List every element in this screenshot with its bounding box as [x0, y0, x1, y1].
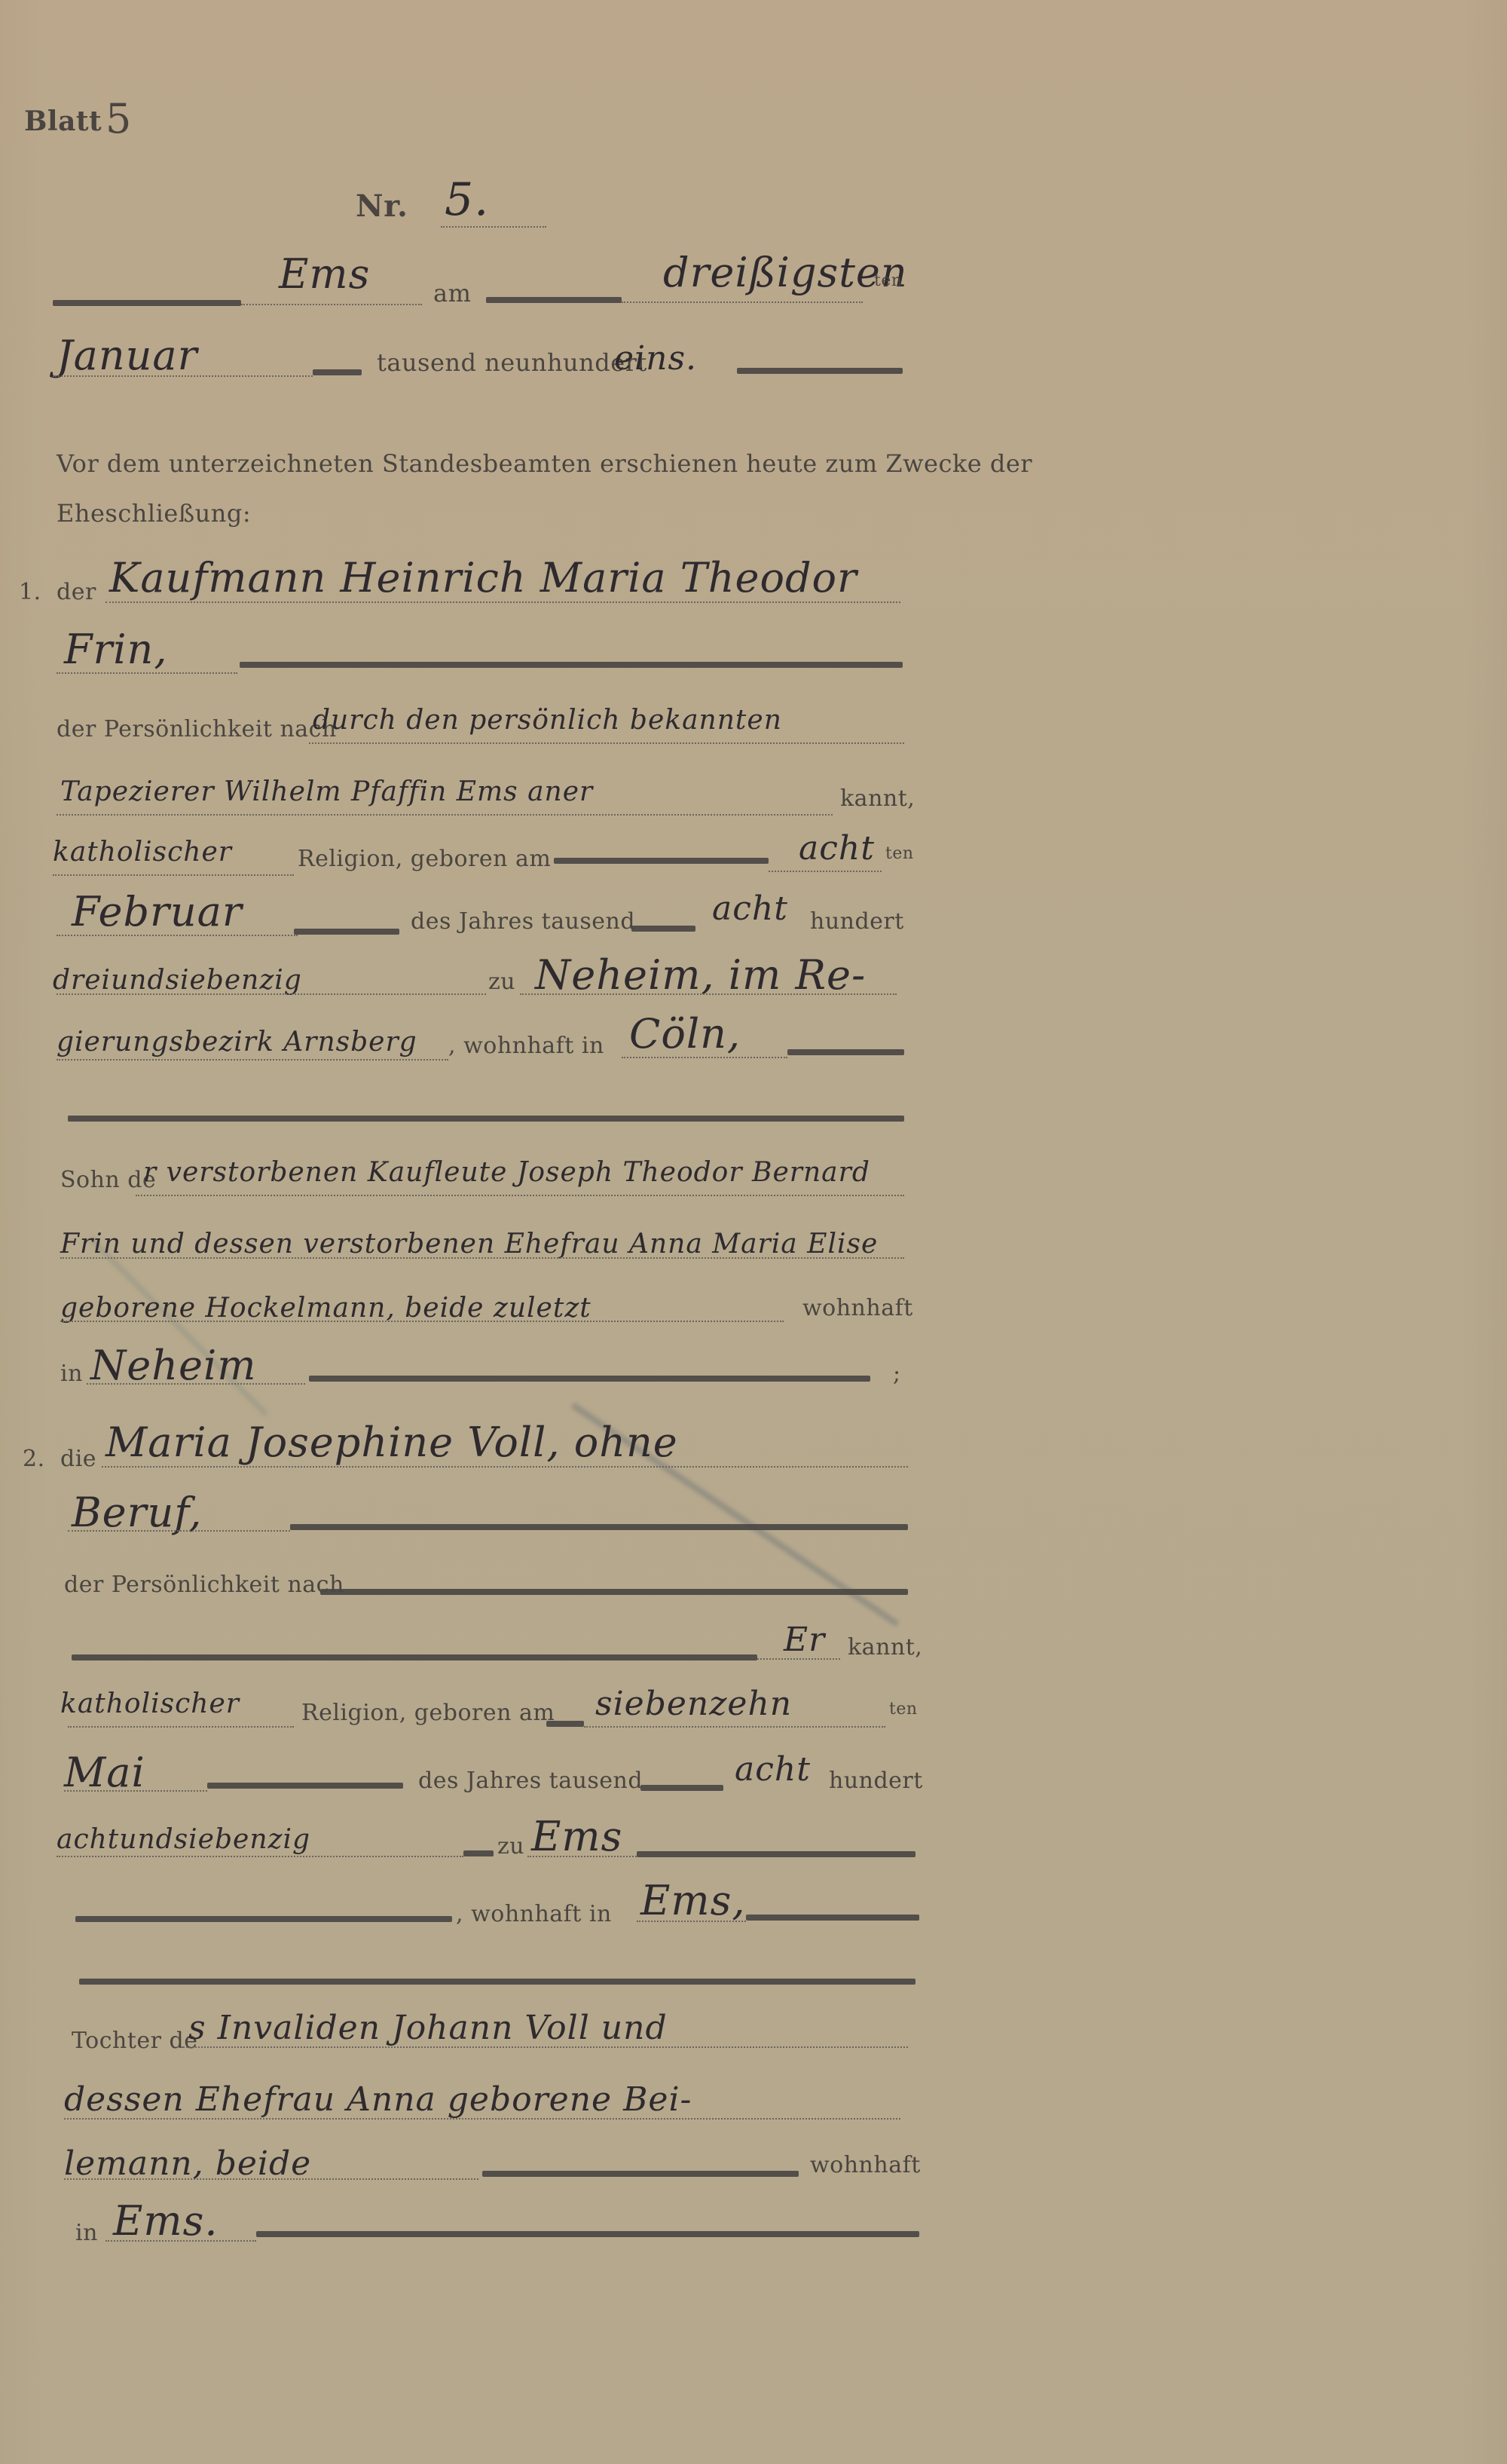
groom-parents-cont: Frin und dessen verstorbenen Ehefrau Ann…	[60, 1229, 878, 1260]
year-label: des Jahres tausend	[418, 1768, 643, 1794]
wohnhaft-label: wohnhaft	[810, 2152, 921, 2178]
bride-birth-month: Mai	[64, 1749, 145, 1796]
groom-birth-month: Februar	[72, 888, 243, 935]
dotted-line	[57, 935, 298, 936]
bride-name: Maria Josephine Voll, ohne	[105, 1419, 678, 1466]
bride-parents-cont: lemann, beide	[64, 2144, 311, 2183]
fill-bar	[207, 1783, 403, 1789]
bride-residence: Ems,	[640, 1877, 746, 1924]
fill-bar	[72, 1654, 757, 1661]
bride-birth-place: Ems	[531, 1813, 622, 1860]
residence-label: , wohnhaft in	[456, 1901, 612, 1927]
dotted-line	[105, 601, 900, 603]
groom-religion: katholischer	[53, 837, 232, 868]
intro-text: Vor dem unterzeichneten Standesbeamten e…	[57, 449, 1032, 478]
groom-birth-place: Neheim, im Re-	[535, 951, 866, 999]
intro-text: Eheschließung:	[57, 499, 251, 528]
dotted-line	[60, 1321, 784, 1322]
ten-suffix: ten	[874, 271, 903, 290]
dotted-line	[57, 1856, 463, 1857]
am-label: am	[433, 279, 471, 308]
kannt-label: kannt,	[848, 1634, 922, 1661]
groom-year-century: acht	[712, 889, 788, 928]
fill-bar	[75, 1916, 452, 1922]
blatt-number: 5	[105, 95, 132, 142]
fill-bar	[313, 369, 362, 375]
groom-parents-residence: Neheim	[90, 1342, 256, 1389]
dotted-line	[584, 1726, 885, 1728]
year-prefix-label: tausend neunhundert	[377, 348, 647, 377]
dotted-line	[309, 742, 904, 744]
record-number-label: Nr.	[356, 188, 408, 224]
bride-number: 2.	[23, 1446, 45, 1472]
dotted-line	[64, 2178, 478, 2180]
year-label: des Jahres tausend	[411, 908, 635, 935]
fill-bar	[68, 1116, 904, 1122]
identity-label: der Persönlichkeit nach	[64, 1572, 344, 1598]
dotted-line	[102, 1466, 908, 1468]
groom-number: 1.	[19, 579, 41, 605]
bride-parents-residence: Ems.	[113, 2197, 219, 2245]
dotted-line	[241, 304, 422, 305]
fill-bar	[546, 1721, 584, 1727]
identity-label: der Persönlichkeit nach	[57, 716, 337, 742]
bride-religion: katholischer	[60, 1688, 240, 1719]
fill-bar	[637, 1851, 916, 1857]
wohnhaft-label: wohnhaft	[802, 1295, 913, 1321]
fill-bar	[79, 1979, 916, 1985]
parents-label: Sohn de	[60, 1167, 156, 1193]
fill-bar	[746, 1915, 919, 1921]
dotted-line	[68, 1726, 294, 1728]
bride-parents-cont: dessen Ehefrau Anna geborene Bei-	[64, 2080, 692, 2119]
ten-suffix: ten	[889, 1700, 918, 1719]
day-value: dreißigsten	[663, 249, 908, 296]
fill-bar	[256, 2231, 919, 2237]
residence-label: , wohnhaft in	[448, 1033, 604, 1059]
dotted-line	[68, 1530, 290, 1532]
bride-identity: Er	[784, 1621, 825, 1659]
dotted-line	[53, 375, 313, 377]
dotted-line	[622, 1057, 787, 1058]
dotted-line	[181, 2046, 908, 2048]
dotted-line	[637, 1921, 746, 1922]
dotted-line	[769, 871, 882, 872]
groom-parents: r verstorbenen Kaufleute Joseph Theodor …	[143, 1157, 870, 1188]
month-value: Januar	[57, 332, 197, 379]
in-label: in	[75, 2220, 98, 2246]
bride-name-cont: Beruf,	[72, 1489, 202, 1536]
in-label: in	[60, 1361, 83, 1387]
place-value: Ems	[279, 250, 370, 298]
fill-bar	[463, 1850, 494, 1856]
groom-identity: durch den persönlich bekannten	[313, 705, 782, 736]
dotted-line	[87, 1383, 305, 1385]
groom-parents-cont: geborene Hockelmann, beide zuletzt	[60, 1293, 591, 1324]
dotted-line	[622, 301, 863, 303]
end-mark: ;	[893, 1361, 901, 1387]
dotted-line	[64, 1790, 207, 1792]
dotted-line	[136, 1195, 904, 1196]
dotted-line	[57, 993, 486, 995]
record-number-value: 5.	[445, 173, 489, 226]
fill-bar	[240, 662, 903, 668]
blatt-label: Blatt	[24, 106, 102, 137]
bride-article: die	[60, 1446, 96, 1472]
religion-label: Religion, geboren am	[301, 1700, 555, 1726]
dotted-line	[441, 226, 546, 228]
dotted-line	[60, 1257, 904, 1259]
groom-name-cont: Frin,	[64, 626, 168, 673]
dotted-line	[64, 2118, 900, 2120]
year-value: eins.	[614, 339, 697, 378]
bride-year-century: acht	[735, 1750, 811, 1789]
hundert-label: hundert	[829, 1768, 923, 1794]
bride-parents: s Invaliden Johann Voll und	[188, 2009, 668, 2047]
dotted-line	[757, 1658, 840, 1660]
kannt-label: kannt,	[840, 785, 915, 812]
groom-article: der	[57, 579, 96, 605]
fill-bar	[320, 1589, 908, 1595]
groom-birth-place-cont: gierungsbezirk Arnsberg	[57, 1027, 417, 1058]
dotted-line	[105, 2240, 256, 2242]
fill-bar	[290, 1524, 908, 1530]
groom-name: Kaufmann Heinrich Maria Theodor	[109, 554, 857, 601]
groom-identity-cont: Tapezierer Wilhelm Pfaffin Ems aner	[60, 776, 593, 807]
bride-birth-day: siebenzehn	[595, 1685, 792, 1723]
fill-bar	[640, 1785, 723, 1791]
fill-bar	[554, 858, 769, 864]
dotted-line	[57, 672, 237, 674]
religion-label: Religion, geboren am	[298, 846, 551, 872]
fill-bar	[294, 929, 399, 935]
dotted-line	[53, 874, 294, 876]
fill-bar	[309, 1376, 870, 1382]
fill-bar	[787, 1049, 904, 1055]
dotted-line	[527, 1856, 637, 1857]
fill-bar	[486, 297, 622, 303]
dotted-line	[520, 993, 897, 995]
zu-label: zu	[488, 969, 515, 995]
parents-label: Tochter de	[72, 2028, 198, 2054]
fill-bar	[737, 368, 903, 374]
groom-birth-day: acht	[799, 829, 875, 868]
dotted-line	[57, 1059, 448, 1061]
fill-bar	[53, 300, 241, 306]
civil-marriage-register-page: Blatt 5 Nr. 5. Ems am dreißigsten ten Ja…	[0, 0, 1507, 2464]
bride-year-rest: achtundsiebenzig	[57, 1824, 310, 1855]
fill-bar	[631, 926, 695, 932]
groom-residence: Cöln,	[629, 1010, 741, 1058]
hundert-label: hundert	[810, 908, 904, 935]
fill-bar	[482, 2171, 799, 2177]
zu-label: zu	[497, 1833, 524, 1859]
ten-suffix: ten	[885, 844, 914, 863]
groom-year-rest: dreiundsiebenzig	[53, 965, 302, 996]
dotted-line	[57, 814, 833, 816]
